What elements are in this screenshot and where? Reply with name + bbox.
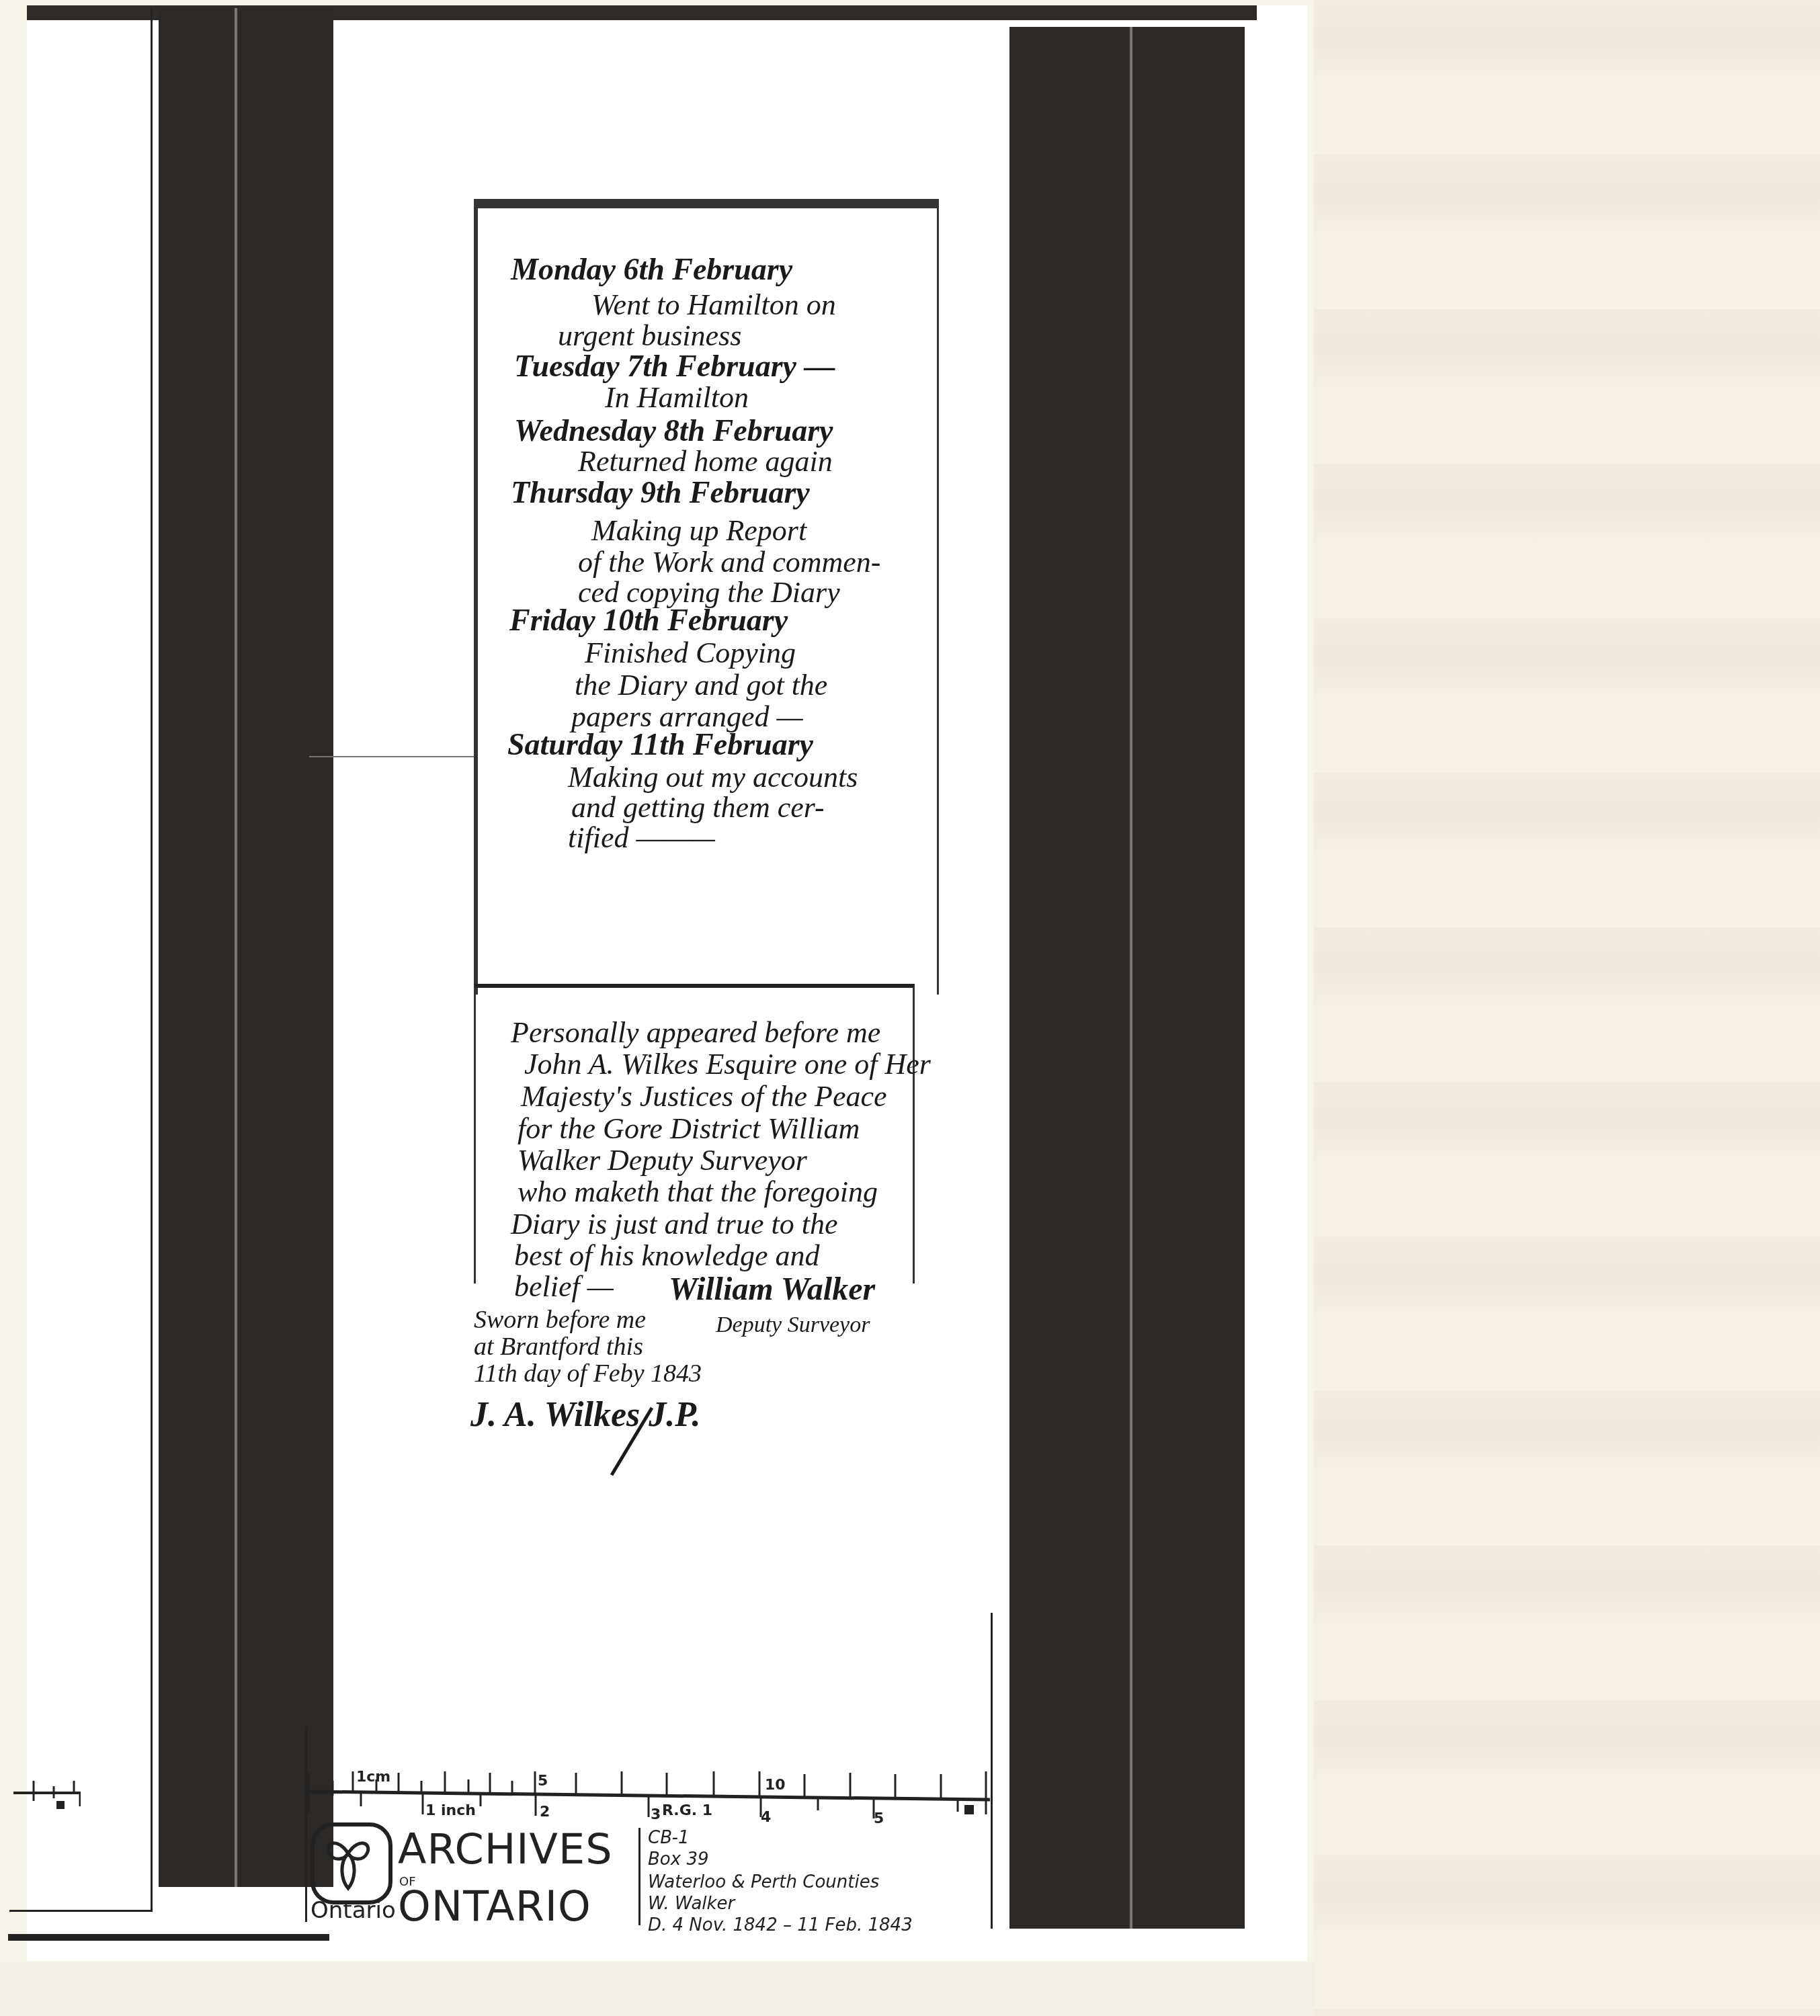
ref-dates: D. 4 Nov. 1842 – 11 Feb. 1843 <box>648 1915 913 1935</box>
diary-text: Making up Report <box>591 516 806 546</box>
diary-text: Returned home again <box>578 447 833 476</box>
right-dark-band <box>1009 27 1245 1929</box>
diary-text: urgent business <box>558 321 741 351</box>
background-texture <box>1314 0 1820 2016</box>
ruler-inch-mark: 2 <box>540 1804 550 1820</box>
left-page-edge <box>9 8 153 1912</box>
diary-day: Saturday 11th February <box>507 729 813 760</box>
left-bottom-edge <box>8 1934 329 1941</box>
signature-flourish-icon <box>605 1404 659 1478</box>
ruler-inch-label: 1 inch <box>425 1802 476 1819</box>
diary-text: Went to Hamilton on <box>591 290 836 320</box>
diary-day: Thursday 9th February <box>511 477 810 508</box>
diary-text: of the Work and commen- <box>578 548 881 577</box>
label-left-border <box>305 1727 307 1922</box>
diary-day: Wednesday 8th February <box>514 415 833 446</box>
ruler-cm-mark: 5 <box>538 1773 548 1790</box>
ruler-inch-mark: 4 <box>761 1809 771 1826</box>
affidavit-line: Diary is just and true to the <box>511 1210 837 1239</box>
diary-day: Friday 10th February <box>509 605 788 636</box>
left-dark-band <box>159 8 333 1887</box>
logo-caption: Ontario <box>311 1897 396 1924</box>
ref-series: CB-1 <box>648 1828 689 1848</box>
ruler-cm-label: 1cm <box>356 1769 390 1786</box>
label-divider <box>638 1828 640 1925</box>
ref-counties: Waterloo & Perth Counties <box>648 1872 879 1892</box>
diary-text: and getting them cer- <box>571 793 825 823</box>
measurement-ruler-icon <box>307 1766 990 1820</box>
sworn-line: 11th day of Feby 1843 <box>474 1361 702 1386</box>
affidavit-line: Walker Deputy Surveyor <box>518 1146 807 1175</box>
diary-day: Monday 6th February <box>511 254 792 285</box>
surveyor-signature: William Walker <box>669 1273 875 1306</box>
ref-author: W. Walker <box>648 1894 735 1914</box>
sworn-line: Sworn before me <box>474 1307 646 1333</box>
trillium-icon <box>324 1833 372 1894</box>
archives-title: ARCHIVES <box>398 1824 613 1874</box>
ref-box: Box 39 <box>648 1849 708 1870</box>
affidavit-line: Personally appeared before me <box>511 1018 880 1048</box>
diary-text: In Hamilton <box>605 383 749 413</box>
ontario-trillium-logo <box>311 1822 392 1904</box>
ruler-inch-mark: 5 <box>874 1810 884 1827</box>
diary-text: tified ——— <box>568 823 715 853</box>
jp-signature: J. A. Wilkes J.P. <box>470 1398 700 1433</box>
label-right-border <box>991 1613 993 1929</box>
diary-text: the Diary and got the <box>575 671 827 700</box>
surveyor-title: Deputy Surveyor <box>716 1314 870 1337</box>
background-bottom <box>0 1962 1314 2016</box>
affidavit-line: best of his knowledge and <box>514 1241 820 1271</box>
diary-text: Finished Copying <box>585 638 796 668</box>
ref-record-group: R.G. 1 <box>662 1802 712 1819</box>
ruler-inch-mark: 3 <box>651 1806 661 1823</box>
sworn-line: at Brantford this <box>474 1334 643 1359</box>
diary-text: Making out my accounts <box>568 763 858 792</box>
diary-day: Tuesday 7th February — <box>514 351 835 382</box>
ruler-cm-mark: 10 <box>765 1777 786 1794</box>
affidavit-line: for the Gore District William <box>518 1114 860 1144</box>
affidavit-line: Majesty's Justices of the Peace <box>521 1082 887 1111</box>
affidavit-line: belief — <box>514 1272 614 1302</box>
ontario-title: ONTARIO <box>398 1882 591 1931</box>
affidavit-line: John A. Wilkes Esquire one of Her <box>524 1050 931 1079</box>
partial-ruler-icon <box>13 1774 81 1814</box>
affidavit-line: who maketh that the foregoing <box>518 1177 878 1207</box>
